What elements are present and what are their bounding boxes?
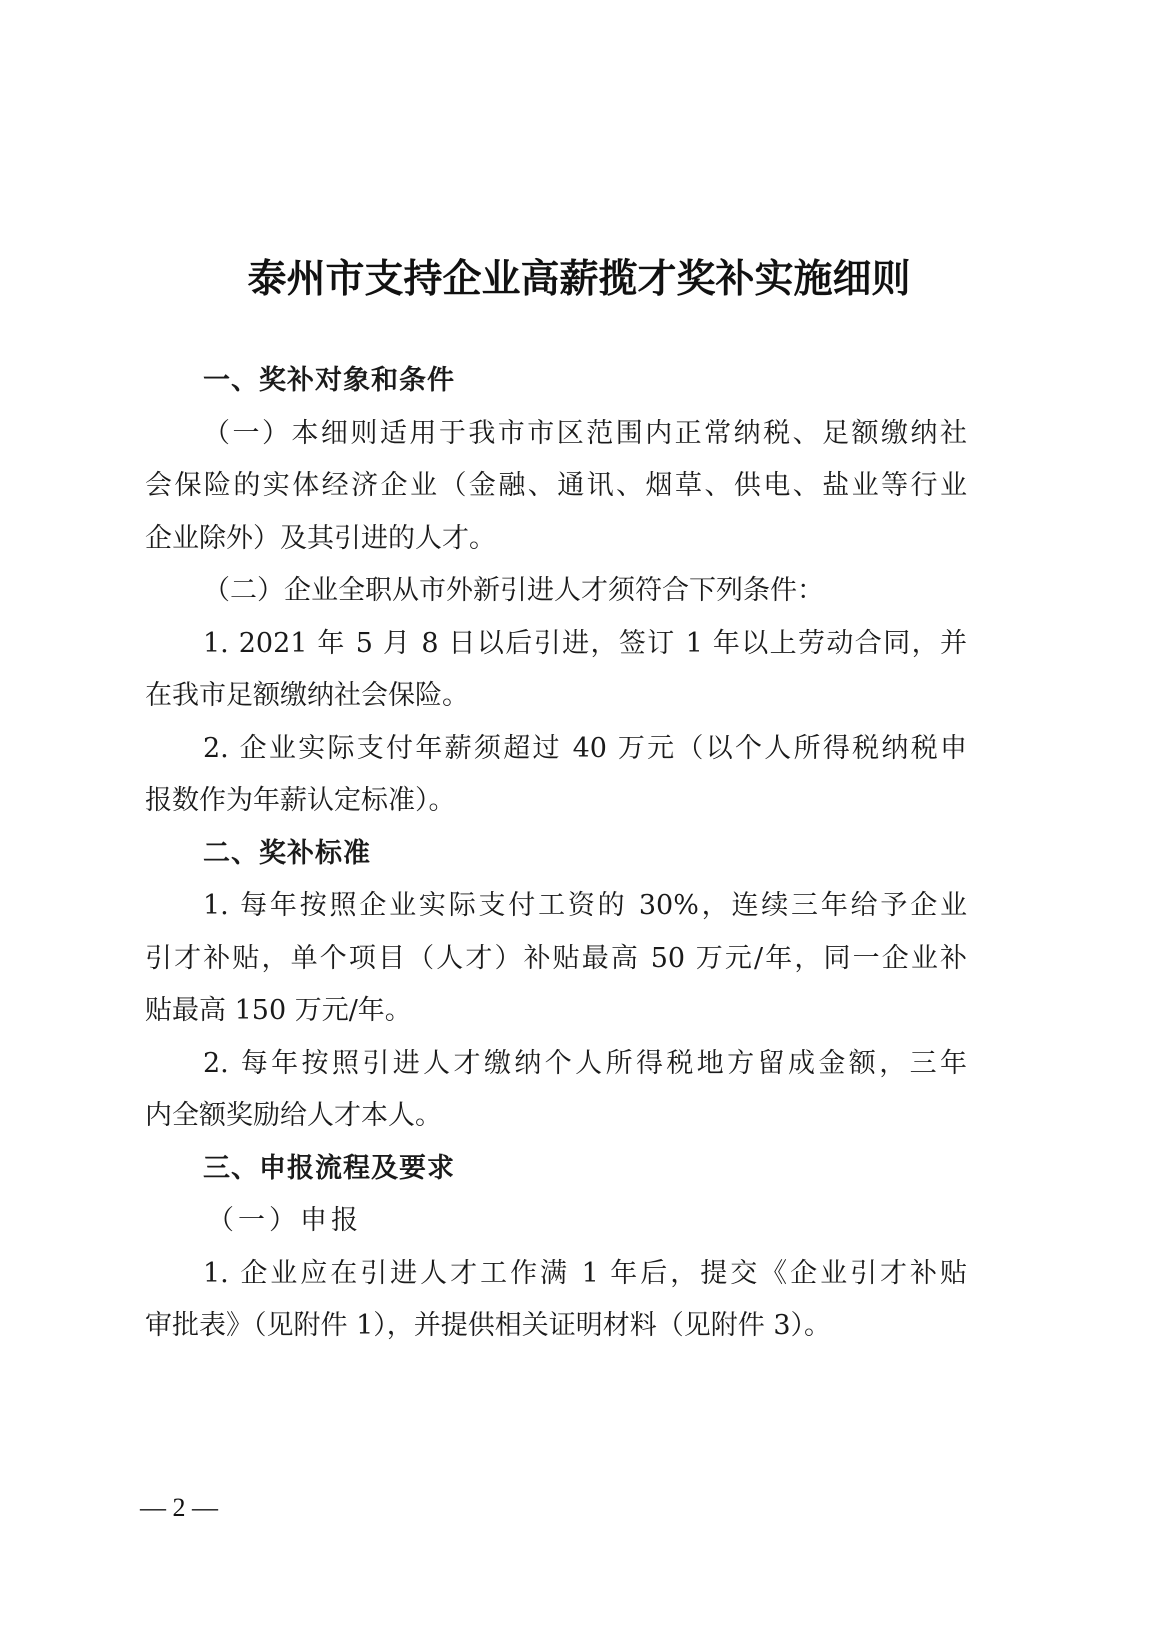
text-line: 1. 每年按照企业实际支付工资的 30%，连续三年给予企业 — [145, 880, 967, 933]
section-heading: 二、奖补标准 — [145, 828, 967, 881]
text-line: 在我市足额缴纳社会保险。 — [145, 670, 967, 723]
document-title: 泰州市支持企业高薪揽才奖补实施细则 — [0, 248, 1158, 304]
sub-heading: （一）申报 — [145, 1195, 967, 1248]
paragraph: 2. 企业实际支付年薪须超过 40 万元（以个人所得税纳税申 报数作为年薪认定标… — [145, 723, 967, 828]
document-page: 泰州市支持企业高薪揽才奖补实施细则 一、奖补对象和条件 （一）本细则适用于我市市… — [0, 0, 1158, 1637]
text-line: 1. 2021 年 5 月 8 日以后引进，签订 1 年以上劳动合同，并 — [145, 618, 967, 671]
text-line: 引才补贴，单个项目（人才）补贴最高 50 万元/年，同一企业补 — [145, 933, 967, 986]
paragraph: 1. 2021 年 5 月 8 日以后引进，签订 1 年以上劳动合同，并 在我市… — [145, 618, 967, 723]
text-line: （二）企业全职从市外新引进人才须符合下列条件： — [145, 565, 967, 618]
text-line: （一）本细则适用于我市市区范围内正常纳税、足额缴纳社 — [145, 408, 967, 461]
text-line: 内全额奖励给人才本人。 — [145, 1090, 967, 1143]
text-line: 2. 每年按照引进人才缴纳个人所得税地方留成金额，三年 — [145, 1038, 967, 1091]
paragraph: 2. 每年按照引进人才缴纳个人所得税地方留成金额，三年 内全额奖励给人才本人。 — [145, 1038, 967, 1143]
page-number: — 2 — — [140, 1493, 218, 1523]
text-line: 1. 企业应在引进人才工作满 1 年后，提交《企业引才补贴 — [145, 1248, 967, 1301]
text-line: 企业除外）及其引进的人才。 — [145, 513, 967, 566]
text-line: 会保险的实体经济企业（金融、通讯、烟草、供电、盐业等行业 — [145, 460, 967, 513]
paragraph: 1. 企业应在引进人才工作满 1 年后，提交《企业引才补贴 审批表》（见附件 1… — [145, 1248, 967, 1353]
text-line: 贴最高 150 万元/年。 — [145, 985, 967, 1038]
section-heading: 三、申报流程及要求 — [145, 1143, 967, 1196]
text-line: 审批表》（见附件 1），并提供相关证明材料（见附件 3）。 — [145, 1300, 967, 1353]
paragraph: 1. 每年按照企业实际支付工资的 30%，连续三年给予企业 引才补贴，单个项目（… — [145, 880, 967, 1038]
section-heading: 一、奖补对象和条件 — [145, 355, 967, 408]
paragraph: （一）本细则适用于我市市区范围内正常纳税、足额缴纳社 会保险的实体经济企业（金融… — [145, 408, 967, 566]
document-body: 一、奖补对象和条件 （一）本细则适用于我市市区范围内正常纳税、足额缴纳社 会保险… — [145, 355, 967, 1353]
paragraph: （二）企业全职从市外新引进人才须符合下列条件： — [145, 565, 967, 618]
text-line: 2. 企业实际支付年薪须超过 40 万元（以个人所得税纳税申 — [145, 723, 967, 776]
text-line: 报数作为年薪认定标准）。 — [145, 775, 967, 828]
